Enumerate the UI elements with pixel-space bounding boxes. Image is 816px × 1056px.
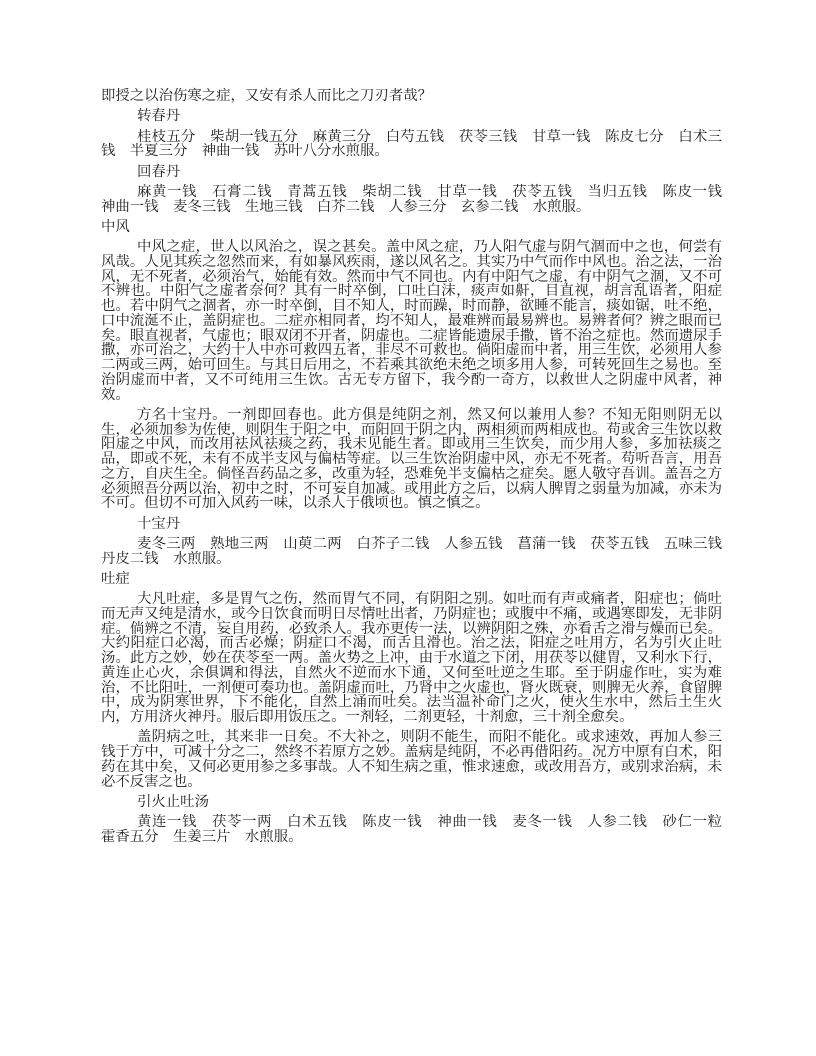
prescription-ingredients-shibaodan: 麦冬三两 熟地三两 山萸二两 白芥子二钱 人参五钱 菖蒲一钱 茯苓五钱 五味三钱…	[101, 537, 722, 567]
body-paragraph-tuzheng-2: 盖阴病之吐，其来非一日矣。不大补之，则阴不能生，而阳不能化。或求速效，再加人参三…	[101, 730, 722, 789]
prescription-ingredients-huichundan: 麻黄一钱 石膏二钱 青蒿五钱 柴胡二钱 甘草一钱 茯苓五钱 当归五钱 陈皮一钱 …	[101, 185, 722, 215]
document-page: 即授之以治伤寒之症，又安有杀人而比之刀刃者哉？ 转春丹 桂枝五分 柴胡一钱五分 …	[0, 0, 816, 1056]
prescription-ingredients-yinhuozhitutang: 黄连一钱 茯苓一两 白术五钱 陈皮一钱 神曲一钱 麦冬一钱 人参二钱 砂仁一粒 …	[101, 815, 722, 845]
section-heading-zhongfeng: 中风	[101, 220, 722, 235]
body-paragraph-continuation: 即授之以治伤寒之症，又安有杀人而比之刀刃者哉？	[101, 89, 722, 104]
prescription-title-huichundan: 回春丹	[101, 165, 722, 180]
body-paragraph-zhongfeng-1: 中风之症，世人以风治之，误之甚矣。盖中风之症，乃人阳气虚与阴气涸而中之也，何尝有…	[101, 240, 722, 402]
prescription-title-shibaodan: 十宝丹	[101, 517, 722, 532]
body-paragraph-zhongfeng-2: 方名十宝丹。一剂即回春也。此方俱是纯阴之剂，然又何以兼用人参？不知无阳则阴无以生…	[101, 408, 722, 511]
prescription-ingredients-zhuanchundan: 桂枝五分 柴胡一钱五分 麻黄三分 白芍五钱 茯苓三钱 甘草一钱 陈皮七分 白术三…	[101, 130, 722, 160]
prescription-title-zhuanchundan: 转春丹	[101, 109, 722, 124]
prescription-title-yinhuozhitutang: 引火止吐汤	[101, 795, 722, 810]
section-heading-tuzheng: 吐症	[101, 572, 722, 587]
body-paragraph-tuzheng-1: 大凡吐症，多是胃气之伤，然而胃气不同，有阴阳之别。如吐而有声或痛者，阳症也；倘吐…	[101, 592, 722, 725]
